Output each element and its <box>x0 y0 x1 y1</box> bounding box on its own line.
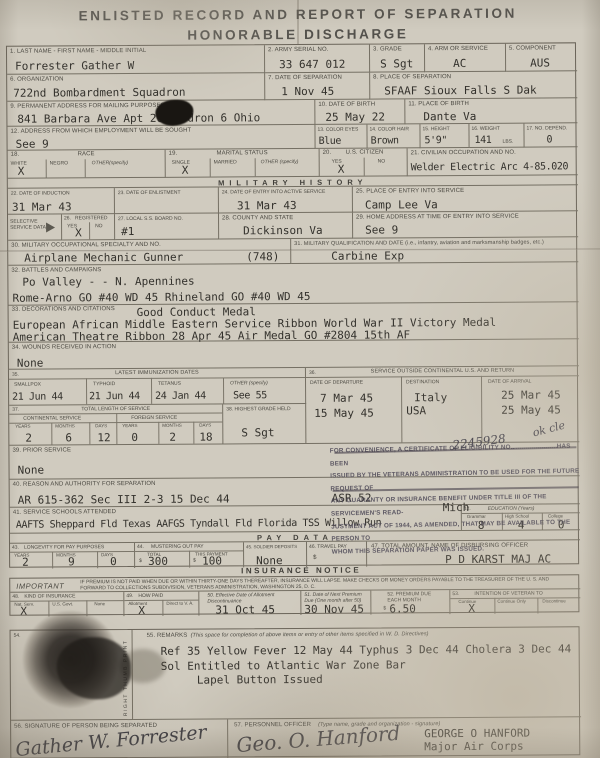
box31-value: Carbine Exp <box>331 249 404 262</box>
divider <box>364 158 365 176</box>
box37-v3: 12 <box>97 431 110 444</box>
box36-departure-1: 7 Mar 45 <box>320 392 373 405</box>
box44-dollar1: $ <box>139 558 142 564</box>
box32-battles: 32. BATTLES AND CAMPAIGNS Po Valley - - … <box>8 262 578 305</box>
box2-value: 33 647 012 <box>279 58 345 71</box>
box53-intention: 53. INTENTION OF VETERAN TO Continue Con… <box>450 589 580 614</box>
box37-days2: DAYS <box>199 423 211 428</box>
officer-typed-name: GEORGE O HANFORD <box>424 727 530 741</box>
divider <box>306 375 579 378</box>
box17-value: 0 <box>547 134 553 145</box>
box29-value: See 9 <box>365 223 398 236</box>
box37-continental: CONTINENTAL SERVICE <box>23 415 81 421</box>
box4-value: AC <box>453 57 466 70</box>
box11-value: Dante Va <box>423 110 476 123</box>
box23-label: 23. DATE OF ENLISTMENT <box>118 190 181 196</box>
box15-height: 15. HEIGHT 5'9" <box>420 124 469 148</box>
box14-label: 14. COLOR HAIR <box>369 126 409 132</box>
box35-col-other: OTHER (specify) <box>230 380 268 386</box>
box12-label: 12. ADDRESS FROM WHICH EMPLOYMENT WILL B… <box>10 128 191 135</box>
box53-title: INTENTION OF VETERAN TO <box>474 591 542 597</box>
box50-value: 31 Oct 45 <box>215 603 275 616</box>
divider <box>89 222 90 239</box>
box27-board: 27. LOCAL S.S. BOARD NO. #1 <box>115 213 219 240</box>
box2-label: 2. ARMY SERIAL NO. <box>268 47 329 53</box>
box49-how-paid: 49. HOW PAID Allotment Direct to V. A. X <box>124 592 199 616</box>
box5-component: 5. COMPONENT AUS <box>506 43 577 71</box>
box51-next-premium: 51. Date of Next Premium Due (One month … <box>301 591 371 615</box>
box9-value-right: dron 6 Ohio <box>187 111 260 124</box>
box26-number: 26. <box>64 215 71 221</box>
box43-longevity: 43. LONGEVITY FOR PAY PURPOSES YEARS MON… <box>10 543 135 569</box>
paper-crease-vertical <box>297 0 299 44</box>
box9-label: 9. PERMANENT ADDRESS FOR MAILING PURPOSE… <box>10 103 164 110</box>
box37-v4: 0 <box>131 431 138 444</box>
box37-foreign: FOREIGN SERVICE <box>131 415 177 421</box>
box22-value: 31 Mar 43 <box>12 200 72 213</box>
divider <box>89 422 90 444</box>
box8-place-separation: 8. PLACE OF SEPARATION SFAAF Sioux Falls… <box>370 71 577 99</box>
box37-years2: YEARS <box>122 423 137 428</box>
box6-label: 6. ORGANIZATION <box>10 76 63 82</box>
box49-col-direct: Direct to V. A. <box>166 601 196 607</box>
box35-tetanus-value: 24 Jan 44 <box>155 391 206 402</box>
box10-label: 10. DATE OF BIRTH <box>318 102 375 108</box>
box2-serial: 2. ARMY SERIAL NO. 33 647 012 <box>265 45 370 74</box>
box13-label: 13. COLOR EYES <box>317 127 358 133</box>
box36-destination-1: Italy <box>414 391 447 404</box>
officer-typed-rank: Major Air Corps <box>424 740 523 754</box>
box38-label: 38. HIGHEST GRADE HELD <box>226 406 290 412</box>
box30-value: Airplane Mechanic Gunner <box>24 251 183 265</box>
box19-marital: 19. MARITAL STATUS SINGLE MARRIED OTHER … <box>166 149 320 178</box>
box21-label: 21. CIVILIAN OCCUPATION AND NO. <box>411 150 516 157</box>
box30-label: 30. MILITARY OCCUPATIONAL SPECIALTY AND … <box>11 242 161 249</box>
box36-arrival-1: 25 Mar 45 <box>501 388 561 401</box>
box19-title: MARITAL STATUS <box>166 150 319 157</box>
box4-label: 4. ARM OR SERVICE <box>428 46 488 52</box>
box25-value: Camp Lee Va <box>365 198 438 211</box>
box30-value2: (748) <box>246 250 279 263</box>
box29-label: 29. HOME ADDRESS AT TIME OF ENTRY INTO S… <box>356 214 519 221</box>
box52-value: 6.50 <box>389 602 416 615</box>
selective-service-arrow-icon <box>46 222 55 232</box>
box24-value: 31 Mar 43 <box>237 199 297 212</box>
important-word: IMPORTANT <box>16 581 64 590</box>
box30-mos: 30. MILITARY OCCUPATIONAL SPECIALTY AND … <box>8 239 291 266</box>
box27-value: #1 <box>121 225 134 238</box>
form-wrapper: ENLISTED RECORD AND REPORT OF SEPARATION… <box>0 0 600 758</box>
box37-length-of-service: 37. TOTAL LENGTH OF SERVICE CONTINENTAL … <box>9 404 223 445</box>
box18-col-other: OTHER(specify) <box>92 160 128 166</box>
box14-hair: 14. COLOR HAIR Brown <box>367 124 420 148</box>
box25-label: 25. PLACE OF ENTRY INTO SERVICE <box>356 188 464 195</box>
box23-enlistment: 23. DATE OF ENLISTMENT <box>115 187 219 214</box>
box26-registered: 26. REGISTERED YES NO X <box>62 214 115 240</box>
box32-line2: Rome-Arno GO #40 WD 45 Rhineland GO #40 … <box>12 290 310 305</box>
divider <box>52 552 53 569</box>
box13-value: Blue <box>319 136 342 147</box>
box36-col-destination: DESTINATION <box>406 379 439 385</box>
box33-decorations: 33. DECORATIONS AND CITATIONS Good Condu… <box>9 302 579 342</box>
box55-note: (This space for completion of above item… <box>191 631 429 638</box>
box35-col-smallpox: SMALLPOX <box>14 382 41 388</box>
box26-check: X <box>75 226 82 239</box>
divider <box>51 423 52 445</box>
box28-value: Dickinson Va <box>243 224 323 237</box>
box28-label: 28. COUNTY AND STATE <box>222 215 293 221</box>
divider <box>193 422 194 444</box>
box7-date-separation: 7. DATE OF SEPARATION 1 Nov 45 <box>265 73 370 101</box>
box37-v2: 6 <box>65 431 72 444</box>
box43-title: LONGEVITY FOR PAY PURPOSES <box>24 544 104 550</box>
box21-value: Welder Electric Arc 4-85.020 <box>411 161 568 173</box>
box55-label: 55. REMARKS <box>147 633 188 639</box>
box20-citizen: 20. U.S. CITIZEN YES NO X <box>320 148 408 177</box>
va-eligibility-stamp: FOR CONVENIENCE, A CERTIFICATE OF ELIGIB… <box>330 441 584 559</box>
box20-number: 20. <box>323 150 332 156</box>
box36-departure-2: 15 May 45 <box>314 407 374 420</box>
box31-label: 31. MILITARY QUALIFICATION AND DATE (i.e… <box>294 240 544 248</box>
box3-label: 3. GRADE <box>373 46 402 52</box>
box6-value: 722nd Bombardment Squadron <box>13 86 185 100</box>
box15-label: 15. HEIGHT <box>422 126 449 132</box>
box20-col-no: NO <box>378 158 386 164</box>
box34-label: 34. WOUNDS RECEIVED IN ACTION <box>12 344 116 351</box>
box25-place-entry: 25. PLACE OF ENTRY INTO SERVICE Camp Lee… <box>353 185 578 212</box>
box55-remarks: 55. REMARKS (This space for completion o… <box>133 627 582 720</box>
box45-label: 45. SOLDIER DEPOSITS <box>246 544 297 549</box>
box37-v1: 2 <box>25 432 32 445</box>
box14-value: Brown <box>371 135 399 146</box>
divider <box>162 600 163 616</box>
box16-value: 141 <box>475 135 492 146</box>
box5-label: 5. COMPONENT <box>509 45 556 51</box>
box49-number: 49. <box>126 593 133 599</box>
box49-title: HOW PAID <box>138 593 163 599</box>
divider <box>481 376 482 442</box>
box46-dollar: $ <box>313 555 316 561</box>
box50-allotment-discontinuance: 50. Effective Date of Allotment Disconti… <box>199 591 301 616</box>
box36-col-departure: DATE OF DEPARTURE <box>310 380 363 386</box>
divider <box>223 377 224 403</box>
box35-title: LATEST IMMUNIZATION DATES <box>9 369 305 377</box>
box22-label: 22. DATE OF INDUCTION <box>11 190 70 196</box>
divider <box>85 159 86 177</box>
box49-check: X <box>138 604 145 617</box>
box39-value: None <box>18 464 45 477</box>
box44-title: MUSTERING OUT PAY <box>151 544 204 550</box>
box32-line1: Po Valley - - N. Apennines <box>22 275 194 289</box>
box4-arm: 4. ARM OR SERVICE AC <box>425 44 506 72</box>
box44-number: 44. <box>137 544 144 550</box>
box18-title: RACE <box>8 151 165 158</box>
box44-mustering-pay: 44. MUSTERING OUT PAY TOTAL THIS PAYMENT… <box>135 542 244 568</box>
box18-col-negro: NEGRO <box>50 160 68 166</box>
box35-other-value: See 55 <box>233 390 267 401</box>
box20-check: X <box>338 163 345 176</box>
box37-months1: MONTHS <box>55 423 75 428</box>
box38-value: S Sgt <box>241 426 274 439</box>
box35-col-tetanus: TETANUS <box>158 381 181 387</box>
box16-label: 16. WEIGHT <box>471 126 499 132</box>
box55-line3: Lapel Button Issued <box>197 673 323 687</box>
box36-destination-2: USA <box>406 404 426 417</box>
divider <box>189 551 190 568</box>
box6-organization: 6. ORGANIZATION 722nd Bombardment Squadr… <box>7 73 265 102</box>
divider <box>401 376 402 442</box>
box40-value: AR 615-362 Sec III 2-3 15 Dec 44 <box>18 492 230 506</box>
box16-unit: LBS. <box>503 139 514 145</box>
box52-premium-due: 52. PREMIUM DUE EACH MONTH $ 6.50 <box>371 590 450 614</box>
box29-home-address: 29. HOME ADDRESS AT TIME OF ENTRY INTO S… <box>353 211 578 238</box>
box35-smallpox-value: 21 Jun 44 <box>12 391 63 402</box>
box19-check: X <box>182 164 189 177</box>
box7-label: 7. DATE OF SEPARATION <box>268 75 342 81</box>
box52-dollar: $ <box>383 605 386 611</box>
box16-weight: 16. WEIGHT 141 LBS. <box>469 124 524 148</box>
box55-line1: Ref 35 Yellow Fever 12 May 44 Typhus 3 D… <box>161 642 572 658</box>
box3-grade: 3. GRADE S Sgt <box>370 44 425 72</box>
divider <box>86 378 87 404</box>
box11-pob: 11. PLACE OF BIRTH Dante Va <box>405 98 577 124</box>
thumbprint-core <box>57 637 131 699</box>
box37-months2: MONTHS <box>162 423 182 428</box>
box27-label: 27. LOCAL S.S. BOARD NO. <box>118 216 183 222</box>
box26-title: REGISTERED <box>75 215 108 221</box>
box18-race: 18. RACE WHITE NEGRO OTHER(specify) X <box>8 150 166 179</box>
box56-signature: 56. SIGNATURE OF PERSON BEING SEPARATED … <box>11 719 228 758</box>
box7-value: 1 Nov 45 <box>281 85 334 98</box>
box43-number: 43. <box>12 545 19 551</box>
divider <box>97 551 98 568</box>
divider <box>494 598 495 614</box>
box34-value: None <box>17 357 44 370</box>
box36-col-arrival: DATE OF ARRIVAL <box>488 379 531 385</box>
box40-label: 40. REASON AND AUTHORITY FOR SEPARATION <box>13 481 156 488</box>
box8-label: 8. PLACE OF SEPARATION <box>373 74 451 80</box>
box3-value: S Sgt <box>380 57 413 70</box>
box41-label: 41. SERVICE SCHOOLS ATTENDED <box>13 509 116 516</box>
box32-label: 32. BATTLES AND CAMPAIGNS <box>11 267 101 274</box>
box1-label: 1. LAST NAME - FIRST NAME - MIDDLE INITI… <box>10 48 146 55</box>
box17-dependents: 17. NO. DEPEND. 0 <box>524 123 577 147</box>
divider <box>255 158 256 176</box>
box37-years1: YEARS <box>15 424 30 429</box>
box35-immunization: 35. LATEST IMMUNIZATION DATES SMALLPOX T… <box>9 368 306 406</box>
box53-number: 53. <box>452 591 459 597</box>
divider <box>537 598 538 614</box>
box39-label: 39. PRIOR SERVICE <box>12 447 71 453</box>
box51-value: 30 Nov 45 <box>304 603 364 616</box>
box11-label: 11. PLACE OF BIRTH <box>408 101 469 107</box>
box10-value: 25 May 22 <box>325 110 385 123</box>
box57-personnel-officer: 57. PERSONNEL OFFICER (Type name, grade … <box>228 717 581 758</box>
box26-col-no: NO <box>95 223 103 229</box>
box53-col-discontinue: Discontinue <box>542 598 566 603</box>
box35-col-typhoid: TYPHOID <box>93 381 115 387</box>
box17-label: 17. NO. DEPEND. <box>526 125 567 131</box>
box10-dob: 10. DATE OF BIRTH 25 May 22 <box>315 99 405 125</box>
box15-value: 5'9" <box>425 135 448 146</box>
divider <box>151 378 152 404</box>
box53-col-continue-only: Continue Only <box>497 599 526 604</box>
box21-occupation: 21. CIVILIAN OCCUPATION AND NO. Welder E… <box>408 147 578 176</box>
box45-soldier-deposits: 45. SOLDIER DEPOSITS None <box>244 542 307 567</box>
box38-highest-grade: 38. HIGHEST GRADE HELD S Sgt <box>223 404 306 445</box>
divider <box>46 160 47 178</box>
box35-typhoid-value: 21 Jun 44 <box>89 391 140 402</box>
box36-title: SERVICE OUTSIDE CONTINENTAL U.S. AND RET… <box>306 367 579 375</box>
box12-value: See 9 <box>16 138 49 151</box>
box41-value: AAFTS Sheppard Fld Texas AAFGS Tyndall F… <box>16 518 381 531</box>
box19-col-married: MARRIED <box>214 159 237 165</box>
box18-check: X <box>18 165 25 178</box>
box33-label: 33. DECORATIONS AND CITATIONS <box>12 306 115 313</box>
divider <box>116 413 117 444</box>
box5-value: AUS <box>530 56 550 69</box>
box24-label: 24. DATE OF ENTRY INTO ACTIVE SERVICE <box>222 189 326 196</box>
box24-active-service: 24. DATE OF ENTRY INTO ACTIVE SERVICE 31… <box>219 187 353 214</box>
box12-employment-address: 12. ADDRESS FROM WHICH EMPLOYMENT WILL B… <box>7 125 315 151</box>
box44-dollar2: $ <box>193 558 196 564</box>
box13-eyes: 13. COLOR EYES Blue <box>315 125 367 149</box>
divider <box>210 159 211 177</box>
box1-value: Forrester Gather W <box>15 59 134 73</box>
divider <box>158 422 159 444</box>
paper-sheet: ENLISTED RECORD AND REPORT OF SEPARATION… <box>0 0 600 758</box>
box20-title: U.S. CITIZEN <box>346 149 384 155</box>
box37-v5: 2 <box>169 431 176 444</box>
box36-arrival-2: 25 May 45 <box>501 403 561 416</box>
box31-qualification: 31. MILITARY QUALIFICATION AND DATE (i.e… <box>291 237 578 264</box>
box48-number: 48. <box>12 594 19 600</box>
box34-wounds: 34. WOUNDS RECEIVED IN ACTION None <box>9 339 579 369</box>
box28-county: 28. COUNTY AND STATE Dickinson Va <box>219 213 353 240</box>
box37-v6: 18 <box>199 431 212 444</box>
selective-service-label: SELECTIVE SERVICE DATA <box>10 219 46 232</box>
box55-line2: Sol Entitled to Atlantic War Zone Bar <box>161 658 406 672</box>
box8-value: SFAAF Sioux Falls S Dak <box>384 84 536 98</box>
box9-value-left: 841 Barbara Ave Apt 20 <box>17 112 163 126</box>
box37-days1: DAYS <box>95 423 107 428</box>
selective-service-box: SELECTIVE SERVICE DATA <box>8 214 62 240</box>
box22-induction: 22. DATE OF INDUCTION 31 Mar 43 <box>8 188 115 215</box>
box53-check: X <box>468 602 475 615</box>
box19-col-other: OTHER (specify) <box>261 159 299 165</box>
scanned-discharge-document: { "title1": "ENLISTED RECORD AND REPORT … <box>0 0 600 758</box>
box1-name: 1. LAST NAME - FIRST NAME - MIDDLE INITI… <box>7 45 265 75</box>
